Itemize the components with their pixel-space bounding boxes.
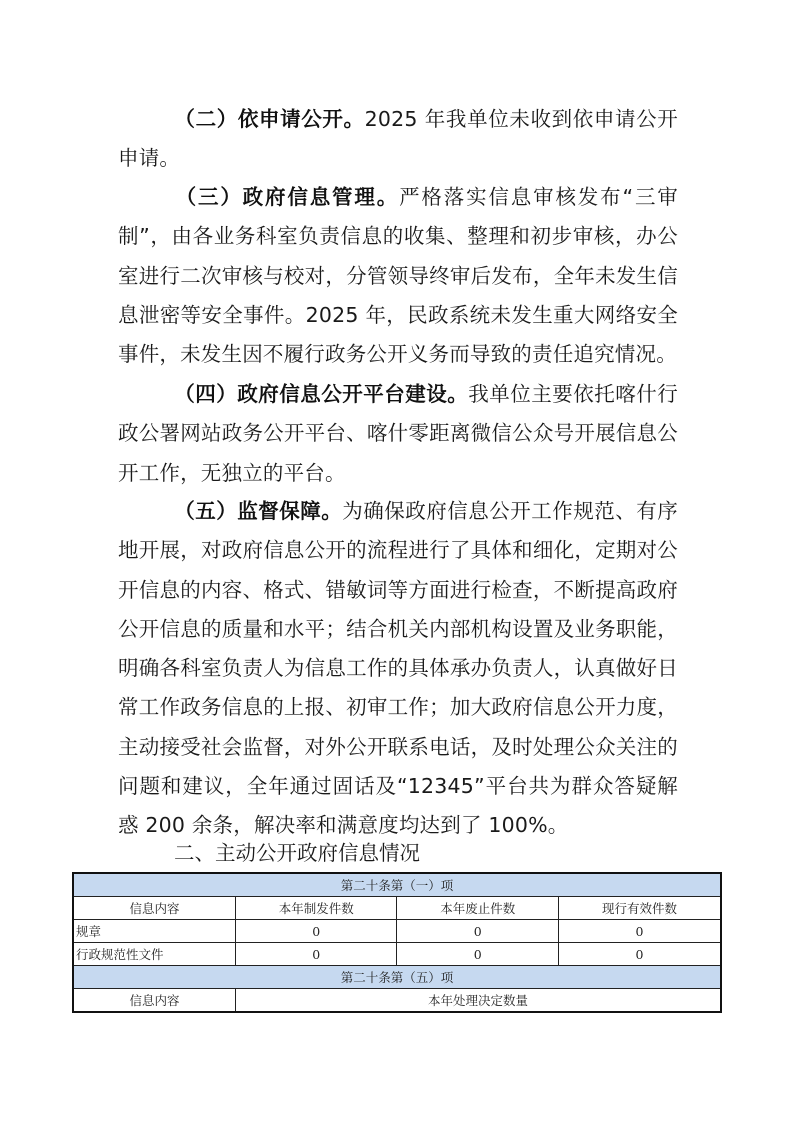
table-header-cell: 信息内容 [73, 989, 235, 1013]
table-header-row: 信息内容 本年制发件数 本年废止件数 现行有效件数 [73, 897, 721, 920]
table-band-title: 第二十条第（五）项 [73, 966, 721, 989]
paragraph-application-disclosure: （二）依申请公开。2025 年我单位未收到依申请公开申请。 [118, 100, 678, 179]
table-header-row: 信息内容 本年处理决定数量 [73, 989, 721, 1013]
table-cell: 0 [558, 943, 721, 966]
paragraph-bold-lead: （二）依申请公开。 [174, 107, 365, 131]
paragraph-body: 严格落实信息审核发布“三审制”，由各业务科室负责信息的收集、整理和初步审核，办公… [118, 185, 678, 366]
table-band-row: 第二十条第（五）项 [73, 966, 721, 989]
table-cell: 0 [235, 943, 397, 966]
table-row-label: 规章 [73, 920, 235, 943]
paragraph-platform-construction: （四）政府信息公开平台建设。我单位主要依托喀什行政公署网站政务公开平台、喀什零距… [118, 375, 678, 493]
document-page: （二）依申请公开。2025 年我单位未收到依申请公开申请。 （三）政府信息管理。… [0, 0, 793, 1122]
section-heading: 二、主动公开政府信息情况 [174, 838, 420, 868]
table-row-label: 行政规范性文件 [73, 943, 235, 966]
table-cell: 0 [235, 920, 397, 943]
table-header-cell: 本年制发件数 [235, 897, 397, 920]
paragraph-supervision: （五）监督保障。为确保政府信息公开工作规范、有序地开展，对政府信息公开的流程进行… [118, 492, 678, 846]
table-row: 行政规范性文件 0 0 0 [73, 943, 721, 966]
table-band-row: 第二十条第（一）项 [73, 873, 721, 897]
table-cell: 0 [397, 920, 559, 943]
paragraph-bold-lead: （三）政府信息管理。 [174, 185, 399, 209]
disclosure-table: 第二十条第（一）项 信息内容 本年制发件数 本年废止件数 现行有效件数 规章 0… [72, 872, 722, 1013]
table-header-cell: 信息内容 [73, 897, 235, 920]
table-header-cell: 本年废止件数 [397, 897, 559, 920]
table-header-cell: 现行有效件数 [558, 897, 721, 920]
paragraph-bold-lead: （四）政府信息公开平台建设。 [174, 382, 468, 406]
paragraph-body: 为确保政府信息公开工作规范、有序地开展，对政府信息公开的流程进行了具体和细化，定… [118, 499, 678, 837]
table-row: 规章 0 0 0 [73, 920, 721, 943]
paragraph-bold-lead: （五）监督保障。 [174, 499, 342, 523]
table-header-cell: 本年处理决定数量 [235, 989, 721, 1013]
paragraph-info-management: （三）政府信息管理。严格落实信息审核发布“三审制”，由各业务科室负责信息的收集、… [118, 178, 678, 374]
table-cell: 0 [397, 943, 559, 966]
table-band-title: 第二十条第（一）项 [73, 873, 721, 897]
table-cell: 0 [558, 920, 721, 943]
